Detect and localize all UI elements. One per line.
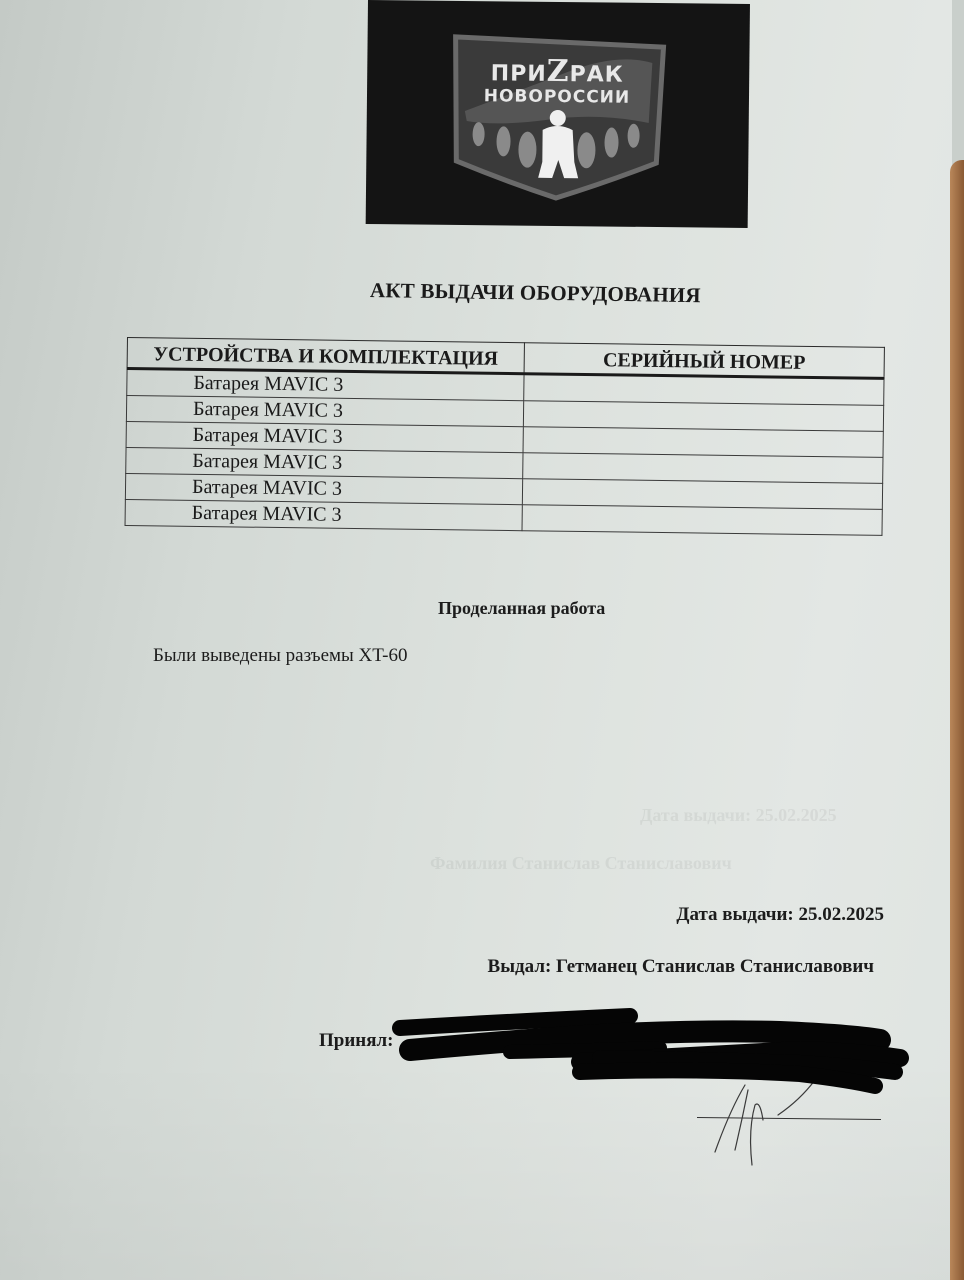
issue-date: Дата выдачи: 25.02.2025: [676, 904, 884, 926]
issued-by: Выдал: Гетманец Станислав Станиславович: [488, 956, 874, 978]
logo-text-prefix: ПРИ: [491, 61, 547, 87]
desk-edge: [950, 160, 964, 1280]
serial-cell: [522, 505, 882, 536]
work-description: Были выведены разъемы XT-60: [153, 645, 407, 667]
show-through-text: Дата выдачи: 25.02.2025: [640, 805, 837, 826]
logo-text-z: Z: [547, 54, 570, 89]
device-cell: Батарея MAVIC 3: [125, 499, 522, 530]
logo-text: ПРИZРАК НОВОРОССИИ: [467, 56, 648, 107]
logo-subtitle: НОВОРОССИИ: [467, 88, 647, 107]
logo-banner: ПРИZРАК НОВОРОССИИ: [366, 0, 750, 228]
header-serial-number: СЕРИЙНЫЙ НОМЕР: [524, 343, 884, 379]
document-title: АКТ ВЫДАЧИ ОБОРУДОВАНИЯ: [370, 278, 701, 308]
shield-emblem-icon: [366, 0, 750, 228]
equipment-table: УСТРОЙСТВА И КОМПЛЕКТАЦИЯ СЕРИЙНЫЙ НОМЕР…: [125, 337, 885, 536]
logo-text-suffix: РАК: [569, 62, 623, 88]
work-section-title: Проделанная работа: [438, 598, 605, 619]
paper-shadow: [0, 1060, 952, 1280]
header-devices: УСТРОЙСТВА И КОМПЛЕКТАЦИЯ: [127, 338, 524, 374]
show-through-text: Фамилия Станислав Станиславович: [430, 853, 732, 874]
received-by-label: Принял:: [319, 1030, 394, 1052]
